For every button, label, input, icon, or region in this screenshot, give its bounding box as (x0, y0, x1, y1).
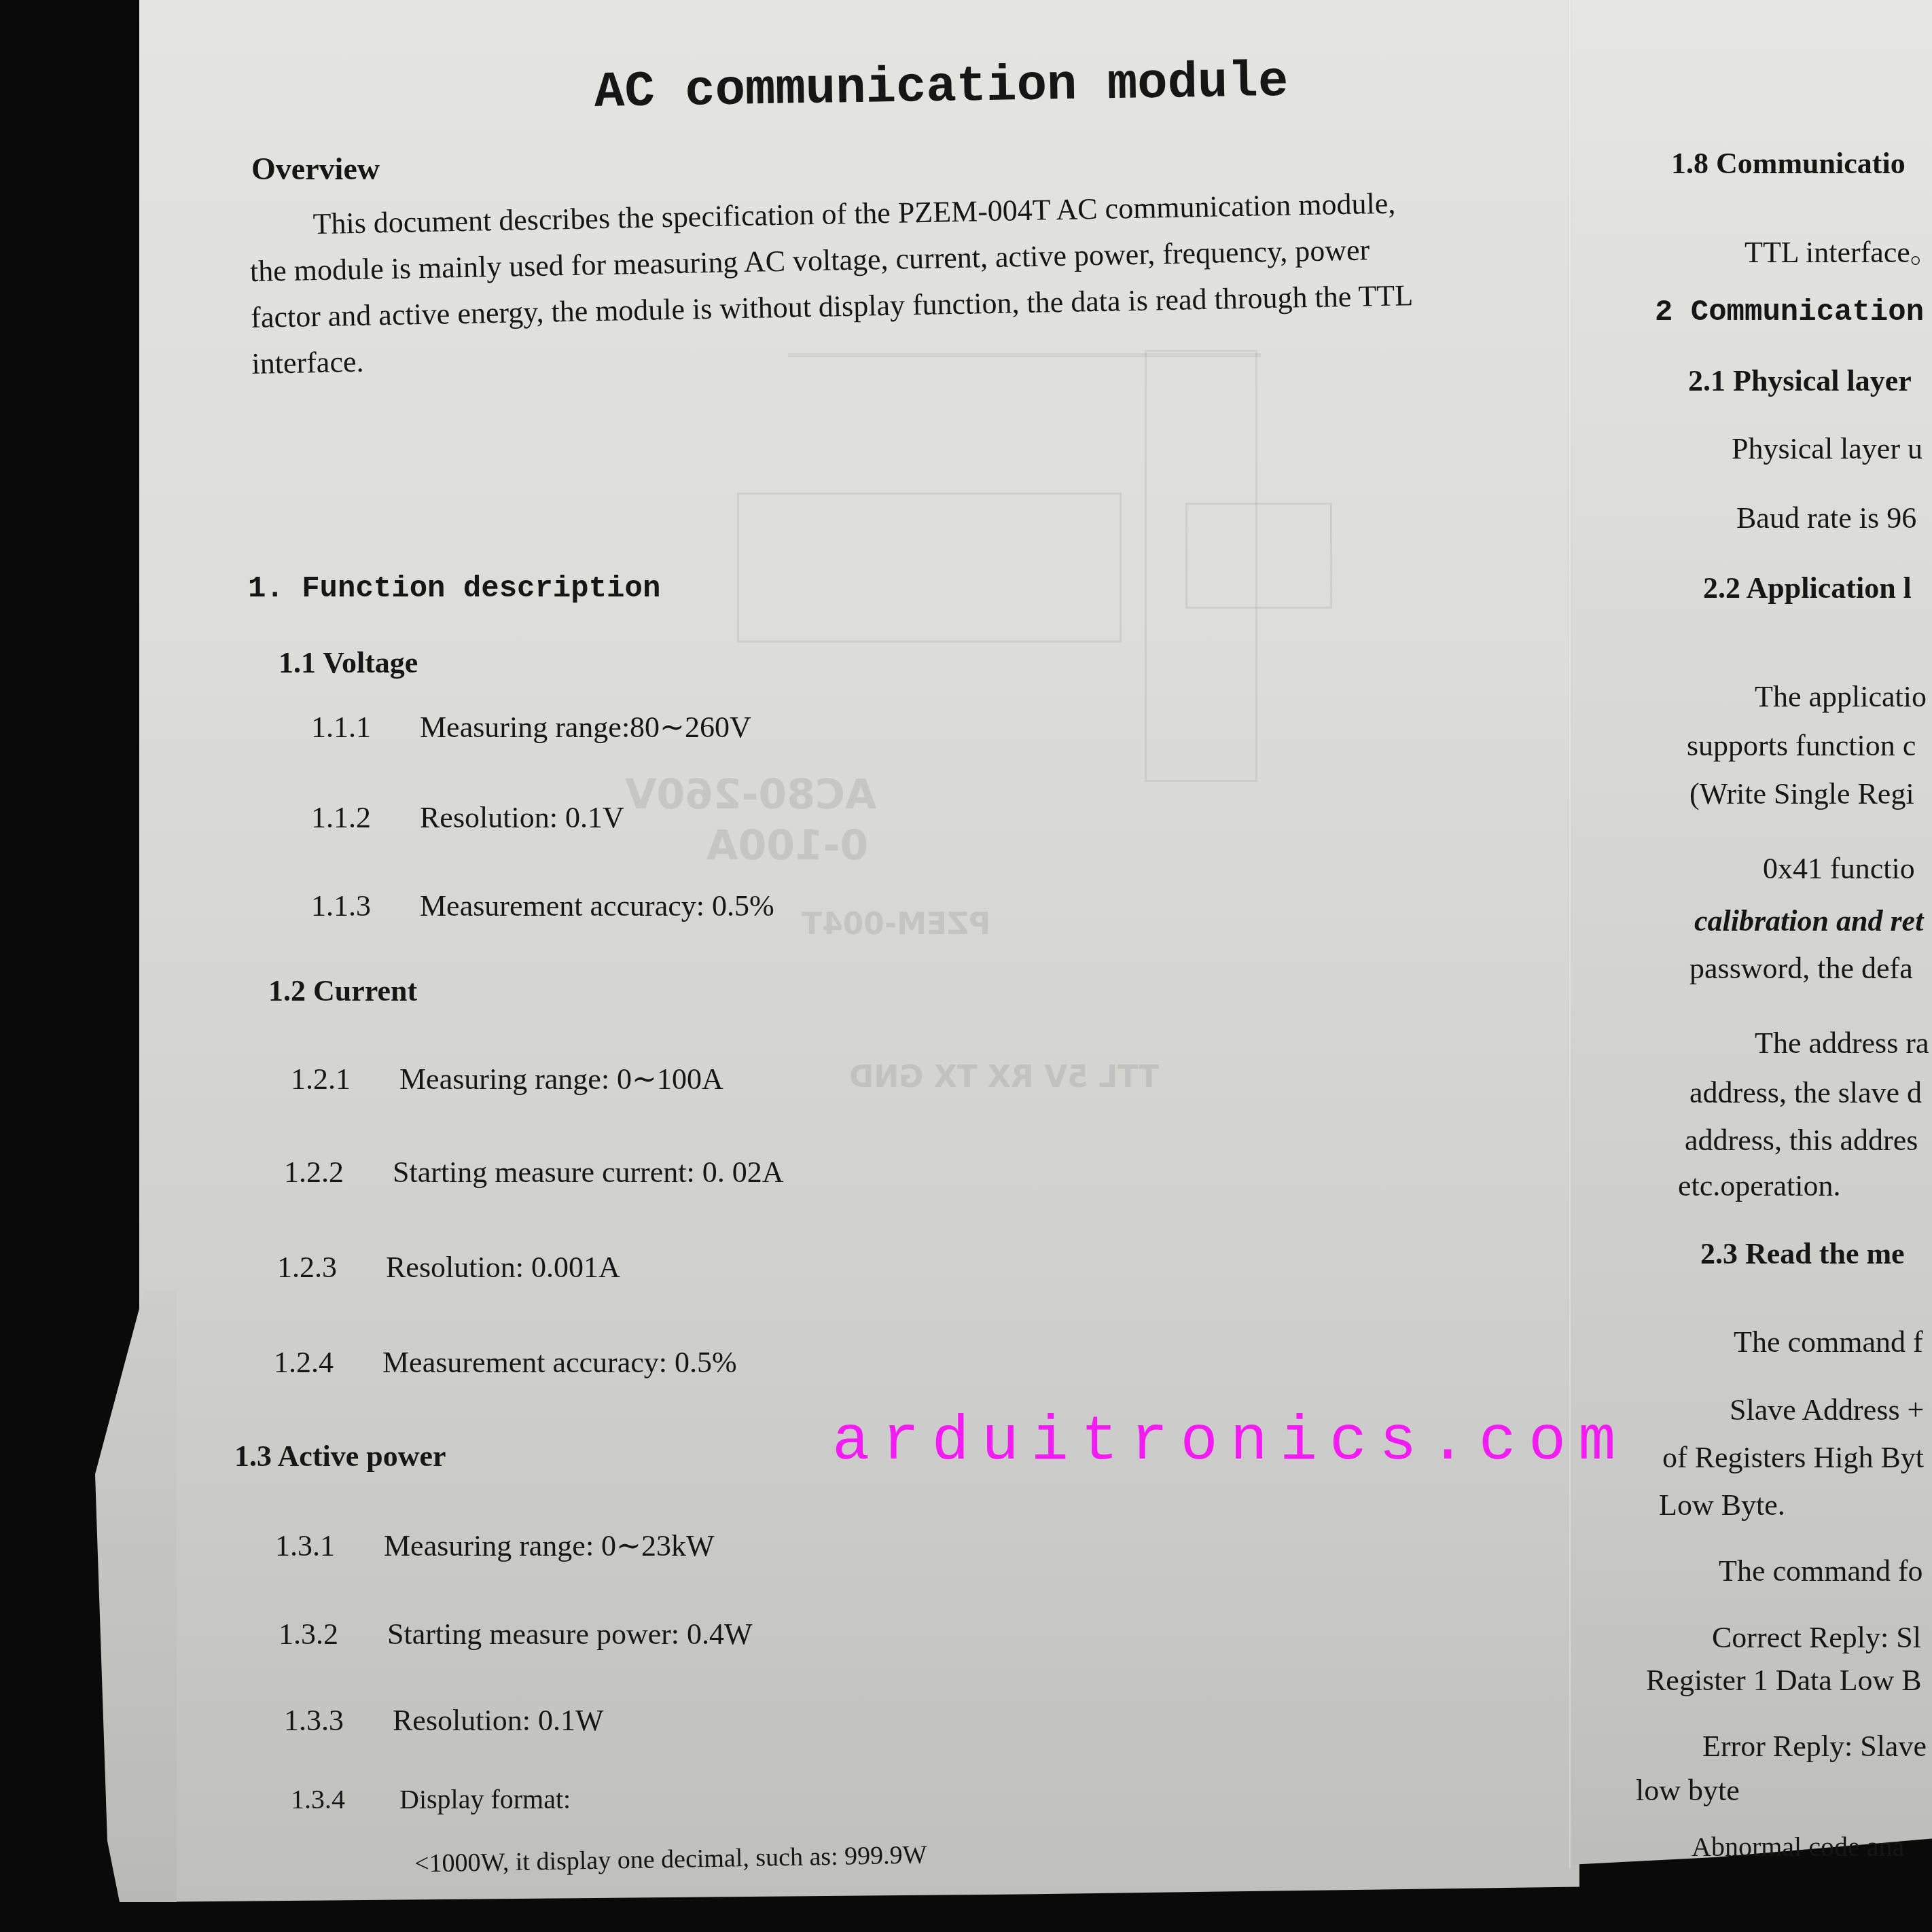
bleed-through-text: PZEM-004T (802, 907, 990, 942)
bleed-through-text: 0-100A (706, 822, 868, 870)
right-line: TTL interface。 (1745, 228, 1932, 271)
right-line: Physical layer u (1732, 431, 1922, 466)
spec-item: 1.2.1Measuring range: 0∼100A (291, 1062, 723, 1096)
spec-item: 1.1.3Measurement accuracy: 0.5% (311, 889, 774, 923)
right-line: (Write Single Regi (1689, 776, 1914, 811)
spec-item: 1.3.3Resolution: 0.1W (284, 1703, 603, 1738)
right-line: Correct Reply: Sl (1712, 1620, 1921, 1655)
right-line: 1.8 Communicatio (1671, 146, 1906, 181)
right-line: Abnormal code ana (1692, 1831, 1904, 1863)
right-line: Slave Address + (1730, 1393, 1924, 1427)
right-line: address, this addres (1685, 1123, 1918, 1158)
right-line: 2.1 Physical layer (1688, 363, 1912, 398)
spec-item: 1.3.4Display format: (291, 1783, 571, 1815)
right-line: The command fo (1719, 1554, 1923, 1588)
function-description-heading: 1. Function description (248, 572, 660, 606)
spec-item: 1.3.2Starting measure power: 0.4W (279, 1617, 753, 1651)
document-title: AC communication module (594, 54, 1289, 122)
right-line: Baud rate is 96 (1736, 501, 1916, 535)
spec-item: 1.2.3Resolution: 0.001A (277, 1250, 620, 1285)
right-line: The applicatio (1755, 679, 1927, 714)
right-line: The command f (1734, 1325, 1923, 1359)
bleed-through-diagram-box (1185, 503, 1332, 609)
right-line: 2.2 Application l (1703, 571, 1912, 605)
right-line: 2 Communication (1655, 296, 1924, 329)
spec-item: 1.2.2Starting measure current: 0. 02A (284, 1155, 784, 1189)
right-line: The address ra (1755, 1026, 1929, 1060)
section-heading-voltage: 1.1 Voltage (279, 645, 418, 680)
overview-heading: Overview (251, 151, 380, 187)
right-line: supports function c (1687, 728, 1916, 763)
section-heading-active-power: 1.3 Active power (234, 1439, 446, 1473)
right-line: etc.operation. (1678, 1168, 1840, 1203)
right-line: Register 1 Data Low B (1646, 1663, 1922, 1698)
spec-item: 1.2.4Measurement accuracy: 0.5% (274, 1345, 737, 1380)
right-line: 2.3 Read the me (1700, 1236, 1905, 1271)
right-line: address, the slave d (1689, 1075, 1922, 1110)
right-line: calibration and ret (1694, 904, 1923, 938)
left-page-curled-edge (95, 1291, 177, 1902)
right-line: low byte (1636, 1773, 1740, 1808)
right-line: password, the defa (1689, 951, 1913, 986)
spec-item: 1.1.2Resolution: 0.1V (311, 800, 624, 835)
bleed-through-diagram-box (737, 493, 1122, 643)
spec-item: 1.3.1Measuring range: 0∼23kW (275, 1528, 715, 1563)
watermark: arduitronics.com (832, 1406, 1628, 1478)
overview-paragraph: This document describes the specificatio… (249, 178, 1509, 387)
page-fold-seam (1568, 0, 1572, 1868)
right-line: of Registers High Byt (1662, 1440, 1924, 1475)
spec-item: 1.1.1Measuring range:80∼260V (311, 710, 751, 745)
right-line: Error Reply: Slave (1702, 1729, 1927, 1764)
right-line: 0x41 functio (1763, 851, 1915, 886)
right-line: Low Byte. (1659, 1488, 1785, 1522)
bleed-through-text: TTL 5V RX TX GND (849, 1060, 1159, 1094)
section-heading-current: 1.2 Current (268, 973, 417, 1008)
bleed-through-text: AC80-260V (625, 771, 877, 819)
